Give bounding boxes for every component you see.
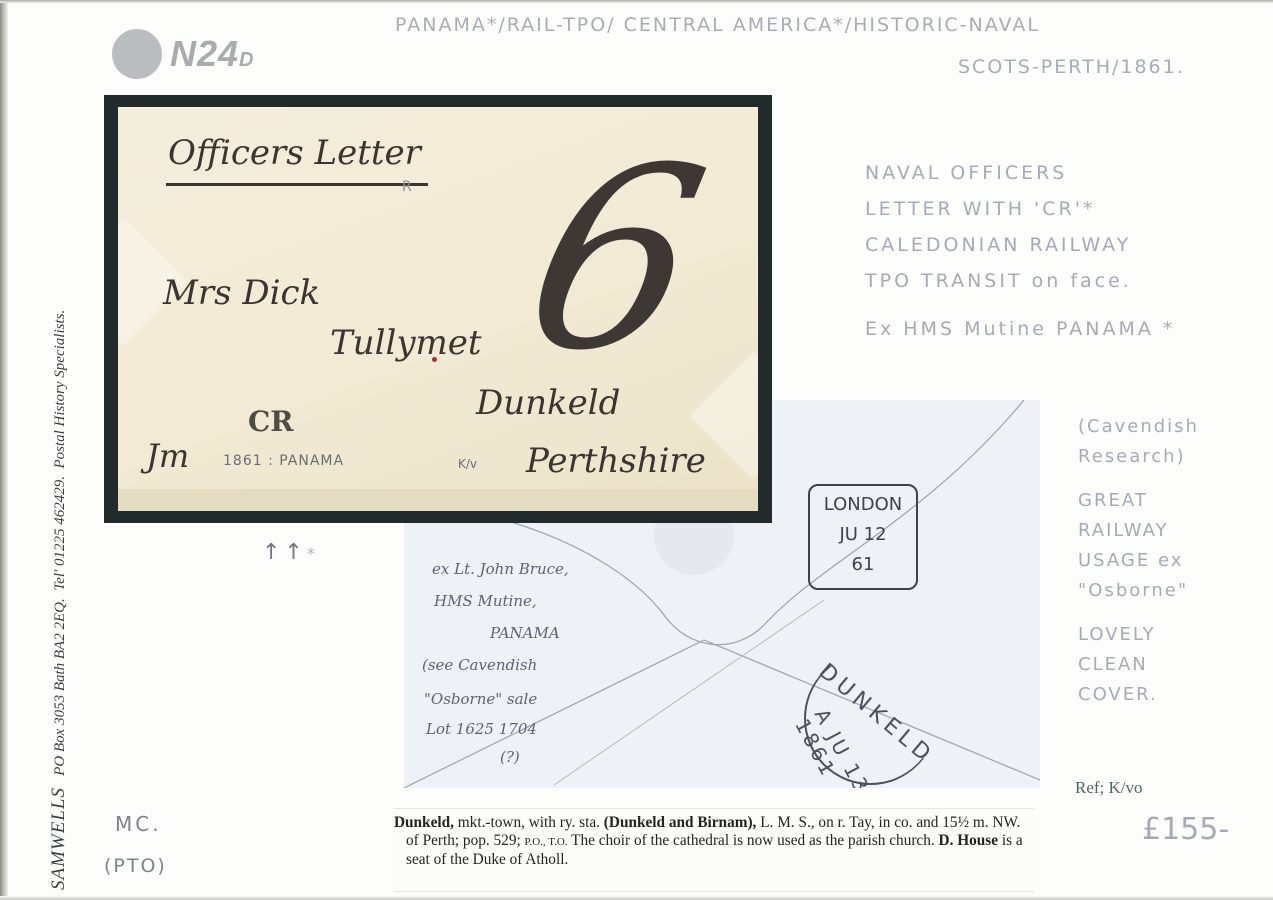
gazetteer-postal-abbrev: P.O., T.O. xyxy=(525,836,568,848)
page-edge xyxy=(0,896,1273,900)
note-line: "Osborne" xyxy=(1078,576,1268,606)
up-arrows-icon: ↑↑ xyxy=(262,540,307,565)
cover-front-image: Officers Letter R 6 Mrs Dick Tullymet Du… xyxy=(118,107,758,511)
dealer-address: PO Box 3053 Bath BA2 2EQ. xyxy=(52,598,68,775)
note-line: Ex HMS Mutine PANAMA * xyxy=(865,311,1265,347)
note-line: RAILWAY xyxy=(1078,516,1268,546)
price: £155- xyxy=(1142,812,1229,847)
note-line: CALEDONIAN RAILWAY xyxy=(865,227,1265,263)
header-note-line-1: PANAMA*/RAIL-TPO/ CENTRAL AMERICA*/HISTO… xyxy=(395,14,1040,36)
london-postmark-year: 61 xyxy=(810,550,916,580)
gazetteer-house: D. House xyxy=(939,832,999,849)
back-pencil-note: ex Lt. John Bruce, xyxy=(432,560,569,578)
london-postmark-town: LONDON xyxy=(810,490,916,520)
description-notes: NAVAL OFFICERS LETTER WITH 'CR'* CALEDON… xyxy=(865,155,1265,347)
note-line: USAGE ex xyxy=(1078,546,1268,576)
officers-letter-endorsement: Officers Letter xyxy=(168,133,421,173)
gazetteer-text: Dunkeld, mkt.-town, with ry. sta. (Dunke… xyxy=(394,809,1034,869)
london-postmark-date: JU 12 xyxy=(810,520,916,550)
arrows-note: ↑↑* xyxy=(262,540,319,565)
spacer xyxy=(1078,472,1268,486)
header-note-line-2: SCOTS-PERTH/1861. xyxy=(958,56,1185,78)
address-house: Tullymet xyxy=(330,323,482,363)
address-town: Dunkeld xyxy=(476,383,620,423)
red-ink-dot xyxy=(432,357,437,362)
note-line: LOVELY xyxy=(1078,620,1268,650)
description-notes-continued: (Cavendish Research) GREAT RAILWAY USAGE… xyxy=(1078,412,1268,710)
gazetteer-station: (Dunkeld and Birnam), xyxy=(604,814,757,831)
badge-circle-icon xyxy=(112,29,162,79)
page-edge xyxy=(0,0,8,900)
page-edge xyxy=(0,0,1273,3)
stock-code: N24D xyxy=(170,33,255,75)
london-postmark: LONDON JU 12 61 xyxy=(808,484,918,590)
back-pencil-note: HMS Mutine, xyxy=(434,592,537,610)
note-line: COVER. xyxy=(1078,680,1268,710)
endorsement-underline xyxy=(166,183,428,186)
asterisk-icon: * xyxy=(307,544,319,563)
back-pencil-note: (?) xyxy=(500,748,520,766)
pencil-r-mark: R xyxy=(402,179,412,195)
note-line: GREAT xyxy=(1078,486,1268,516)
note-line: LETTER WITH 'CR'* xyxy=(865,191,1265,227)
address-county: Perthshire xyxy=(526,441,706,481)
stock-code-number: N24 xyxy=(170,33,239,74)
cover-front-frame: Officers Letter R 6 Mrs Dick Tullymet Du… xyxy=(104,95,772,523)
dealer-tel: Tel' 01225 462429. xyxy=(52,476,68,591)
gazetteer-text-part: The choir of the cathedral is now used a… xyxy=(568,832,939,849)
dealer-name: SAMWELLS xyxy=(48,787,69,890)
stock-code-suffix: D xyxy=(239,49,254,71)
note-line: NAVAL OFFICERS xyxy=(865,155,1265,191)
note-line: CLEAN xyxy=(1078,650,1268,680)
address-addressee: Mrs Dick xyxy=(163,273,320,313)
back-pencil-note: PANAMA xyxy=(490,624,560,642)
dealer-tagline: Postal History Specialists. xyxy=(52,310,68,469)
mc-note: MC. xyxy=(115,812,162,836)
back-pencil-note: "Osborne" sale xyxy=(424,690,537,708)
dealer-imprint: SAMWELLS PO Box 3053 Bath BA2 2EQ. Tel' … xyxy=(48,310,70,890)
officer-signature: Jm xyxy=(146,437,189,475)
note-line: (Cavendish xyxy=(1078,412,1268,442)
pto-note: (PTO) xyxy=(104,855,167,877)
cover-bottom-stain xyxy=(118,489,758,511)
note-line: TPO TRANSIT on face. xyxy=(865,263,1265,299)
pencil-date-note: 1861 : PANAMA xyxy=(223,453,344,469)
note-line: Research) xyxy=(1078,442,1268,472)
spacer xyxy=(1078,606,1268,620)
gazetteer-headword: Dunkeld, xyxy=(394,814,454,831)
back-pencil-note: Lot 1625 1704 xyxy=(426,720,537,738)
rate-marking: 6 xyxy=(509,135,721,385)
back-pencil-note: (see Cavendish xyxy=(422,656,537,674)
stock-badge: N24D xyxy=(112,28,255,80)
pencil-ref-mark: K/v xyxy=(458,457,477,471)
caledonian-railway-stamp: CR xyxy=(248,405,294,438)
gazetteer-text-part: mkt.-town, with ry. sta. xyxy=(454,814,604,831)
dunkeld-postmark: DUNKELD A JU 13 1861 xyxy=(804,652,937,785)
reference-code: Ref; K/vo xyxy=(1075,778,1143,798)
gazetteer-entry: Dunkeld, mkt.-town, with ry. sta. (Dunke… xyxy=(394,808,1034,892)
